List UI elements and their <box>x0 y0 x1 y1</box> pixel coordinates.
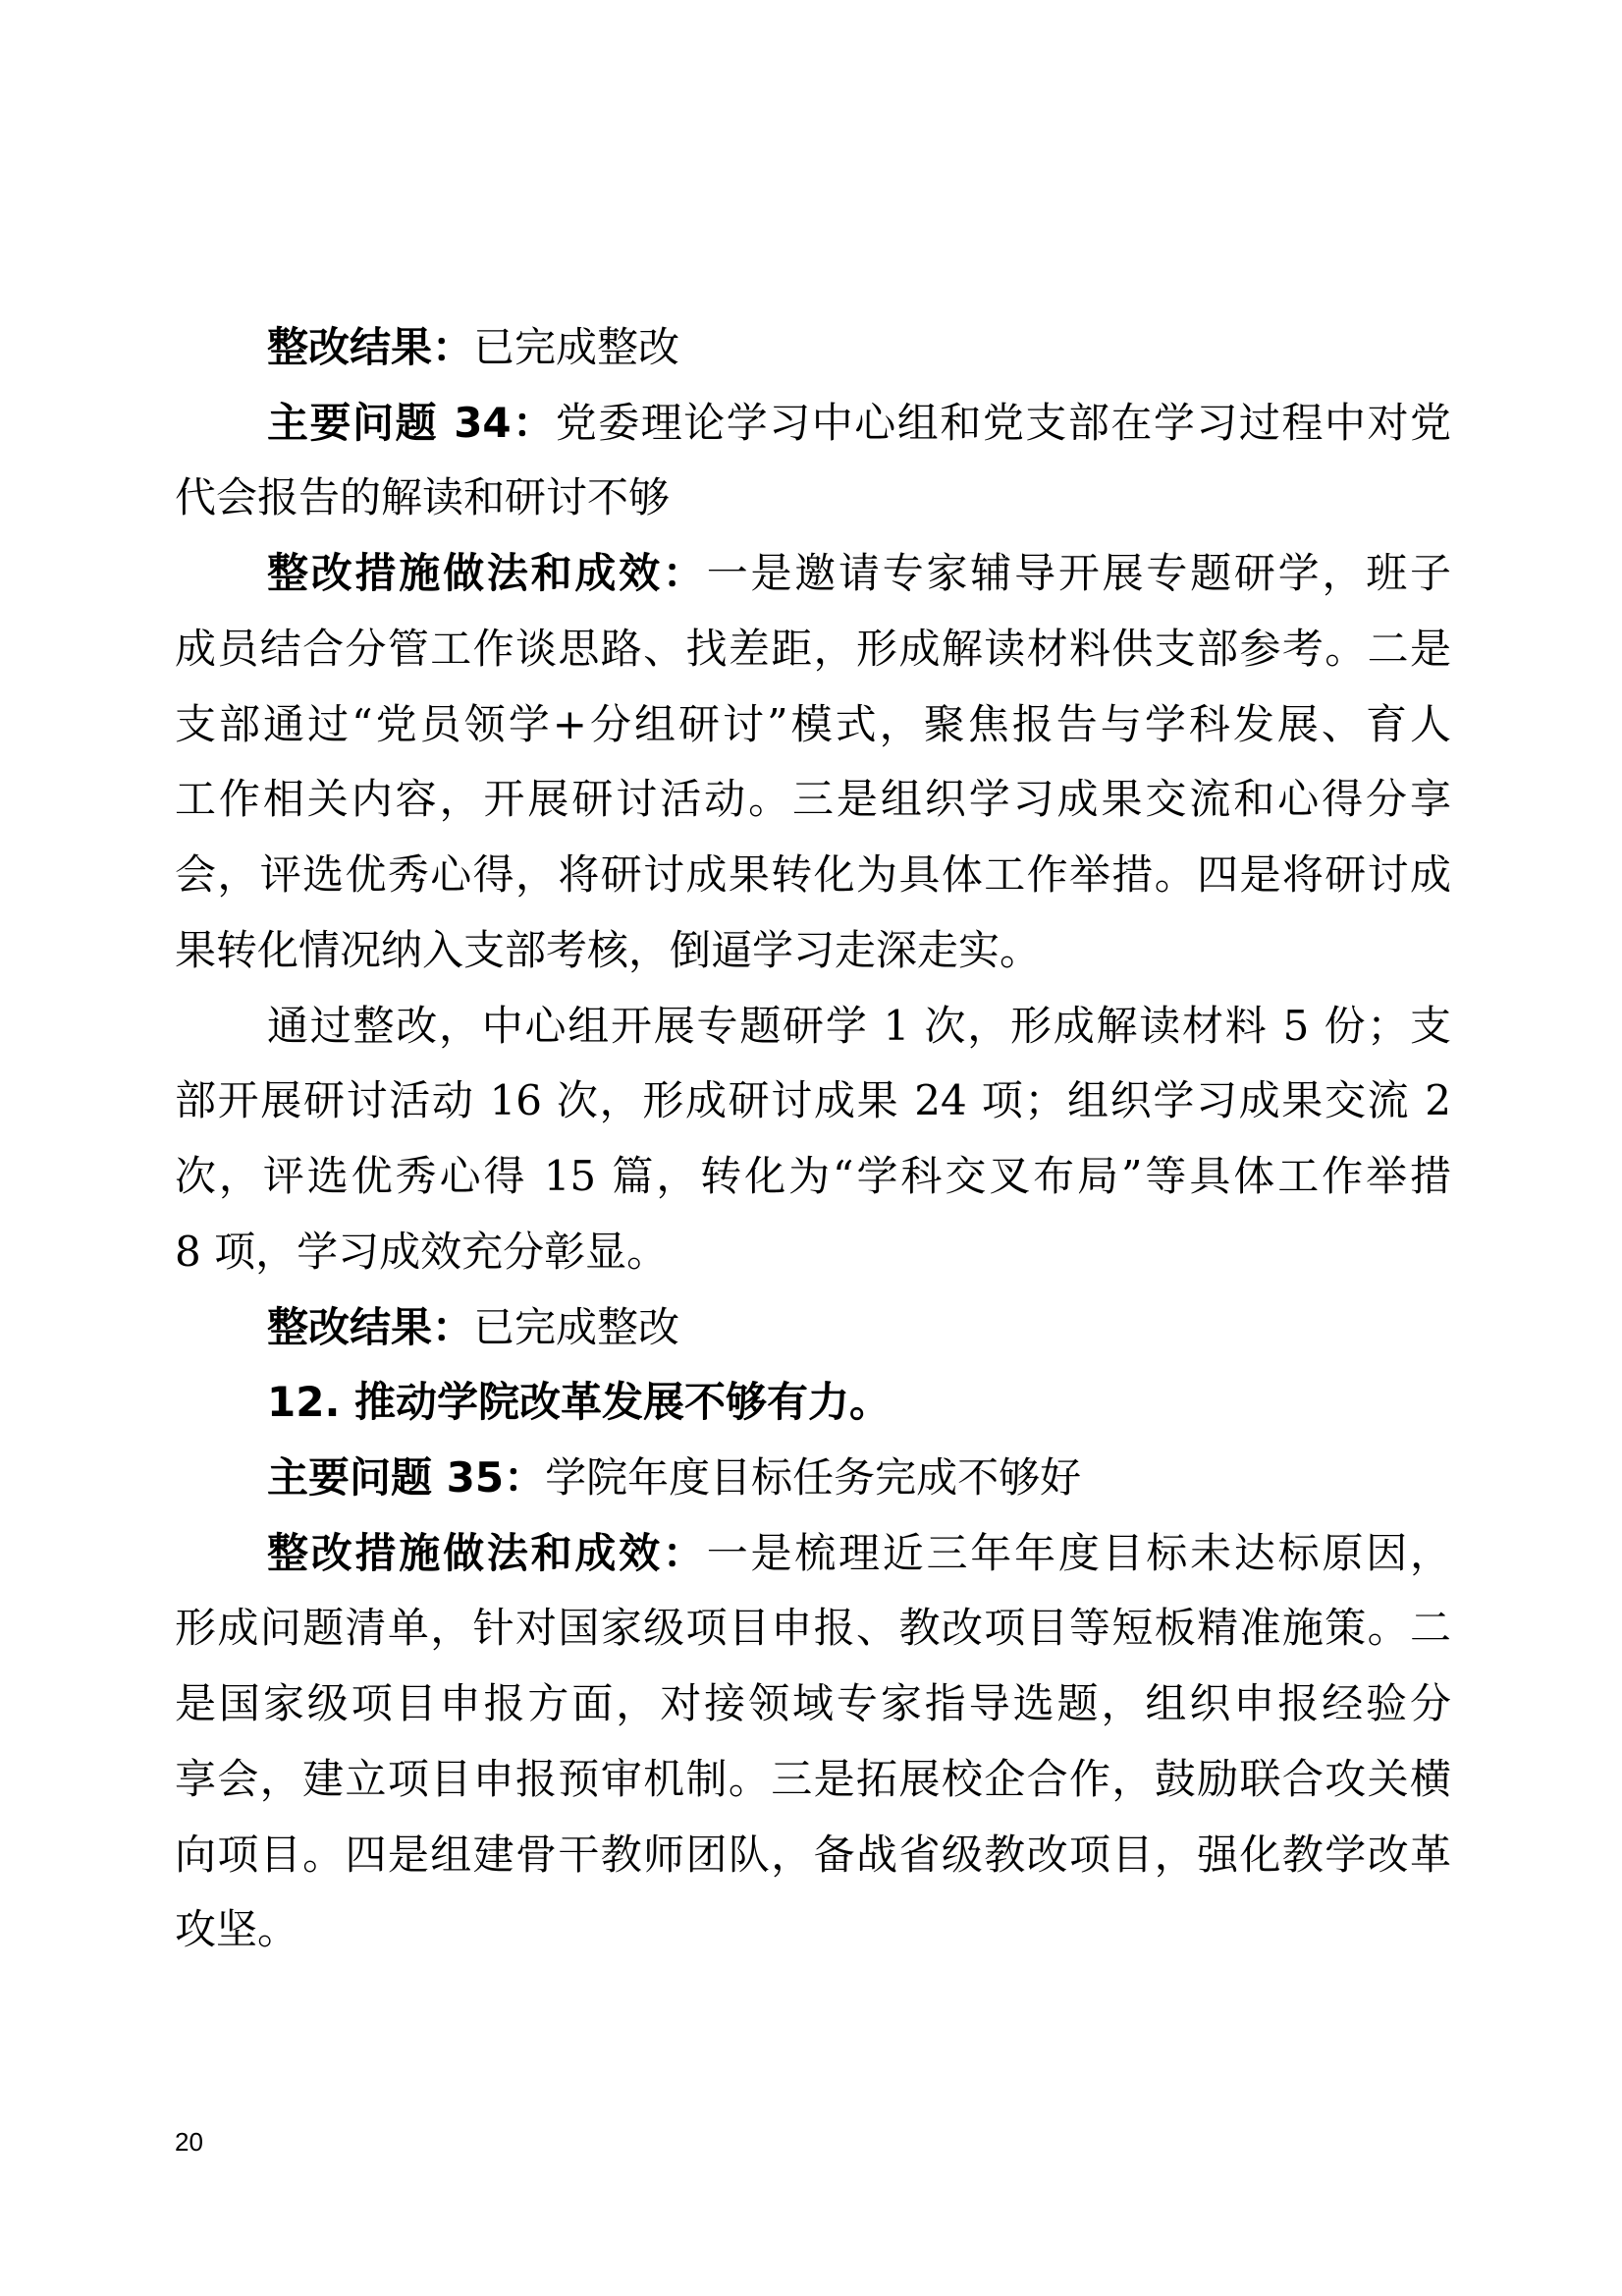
text: 一是邀请专家辅导开展专题研学，班子 <box>707 549 1451 597</box>
label: 整改措施做法和成效： <box>267 1529 707 1577</box>
text: 享会，建立项目申报预审机制。三是拓展校企合作，鼓励联合攻关横 <box>175 1755 1451 1803</box>
text: 向项目。四是组建骨干教师团队，备战省级教改项目，强化教学改革 <box>175 1831 1451 1879</box>
heading: 12. 推动学院改革发展不够有力。 <box>267 1378 891 1426</box>
rectification-result-line: 整改结果：已完成整改 <box>267 1298 1451 1357</box>
results-summary-line: 通过整改，中心组开展专题研学 1 次，形成解读材料 5 份；支 <box>267 997 1451 1056</box>
paragraph-line: 部开展研讨活动 16 次，形成研讨成果 24 项；组织学习成果交流 2 <box>175 1071 1451 1130</box>
paragraph-line: 支部通过“党员领学+分组研讨”模式，聚焦报告与学科发展、育人 <box>175 695 1451 754</box>
paragraph-line: 次，评选优秀心得 15 篇，转化为“学科交叉布局”等具体工作举措 <box>175 1147 1451 1206</box>
paragraph-line: 会，评选优秀心得，将研讨成果转化为具体工作举措。四是将研讨成 <box>175 846 1451 904</box>
text: 部开展研讨活动 16 次，形成研讨成果 24 项；组织学习成果交流 2 <box>175 1076 1451 1124</box>
measures-line: 整改措施做法和成效：一是邀请专家辅导开展专题研学，班子 <box>267 544 1451 603</box>
label: 整改措施做法和成效： <box>267 549 707 597</box>
document-page: 整改结果：已完成整改 主要问题 34：党委理论学习中心组和党支部在学习过程中对党… <box>0 0 1622 2296</box>
text: 会，评选优秀心得，将研讨成果转化为具体工作举措。四是将研讨成 <box>175 850 1451 899</box>
label: 主要问题 35： <box>267 1453 545 1502</box>
text: 是国家级项目申报方面，对接领域专家指导选题，组织申报经验分 <box>175 1679 1451 1727</box>
text: 果转化情况纳入支部考核，倒逼学习走深走实。 <box>175 926 1041 974</box>
text: 已完成整改 <box>473 323 679 371</box>
paragraph-line: 攻坚。 <box>175 1900 1451 1959</box>
paragraph-line: 向项目。四是组建骨干教师团队，备战省级教改项目，强化教学改革 <box>175 1826 1451 1885</box>
text: 攻坚。 <box>175 1905 298 1953</box>
paragraph-line: 8 项，学习成效充分彰显。 <box>175 1223 1451 1282</box>
rectification-result-line: 整改结果：已完成整改 <box>267 318 1451 377</box>
label: 整改结果： <box>267 323 473 371</box>
text: 成员结合分管工作谈思路、找差距，形成解读材料供支部参考。二是 <box>175 625 1451 673</box>
text: 一是梳理近三年年度目标未达标原因， <box>707 1529 1451 1577</box>
main-issue-34-line: 主要问题 34：党委理论学习中心组和党支部在学习过程中对党 <box>267 394 1451 453</box>
text: 形成问题清单，针对国家级项目申报、教改项目等短板精准施策。二 <box>175 1604 1451 1652</box>
text: 代会报告的解读和研讨不够 <box>175 473 670 521</box>
text: 支部通过“党员领学+分组研讨”模式，聚焦报告与学科发展、育人 <box>175 700 1451 748</box>
text: 通过整改，中心组开展专题研学 1 次，形成解读材料 5 份；支 <box>267 1002 1451 1050</box>
page-number: 20 <box>175 2127 203 2158</box>
text: 工作相关内容，开展研讨活动。三是组织学习成果交流和心得分享 <box>175 775 1451 823</box>
text: 学院年度目标任务完成不够好 <box>545 1453 1081 1502</box>
section-heading-12: 12. 推动学院改革发展不够有力。 <box>267 1373 1451 1432</box>
paragraph-line: 果转化情况纳入支部考核，倒逼学习走深走实。 <box>175 921 1451 980</box>
label: 整改结果： <box>267 1303 473 1351</box>
paragraph-line: 工作相关内容，开展研讨活动。三是组织学习成果交流和心得分享 <box>175 770 1451 829</box>
paragraph-line: 成员结合分管工作谈思路、找差距，形成解读材料供支部参考。二是 <box>175 620 1451 679</box>
text: 已完成整改 <box>473 1303 679 1351</box>
text: 次，评选优秀心得 15 篇，转化为“学科交叉布局”等具体工作举措 <box>175 1152 1451 1200</box>
text: 8 项，学习成效充分彰显。 <box>175 1228 668 1276</box>
label: 主要问题 34： <box>267 399 556 447</box>
paragraph-line: 形成问题清单，针对国家级项目申报、教改项目等短板精准施策。二 <box>175 1599 1451 1658</box>
paragraph-line: 是国家级项目申报方面，对接领域专家指导选题，组织申报经验分 <box>175 1674 1451 1733</box>
paragraph-line: 代会报告的解读和研讨不够 <box>175 468 1451 527</box>
paragraph-line: 享会，建立项目申报预审机制。三是拓展校企合作，鼓励联合攻关横 <box>175 1750 1451 1809</box>
text: 党委理论学习中心组和党支部在学习过程中对党 <box>556 399 1451 447</box>
measures-line: 整改措施做法和成效：一是梳理近三年年度目标未达标原因， <box>267 1524 1451 1583</box>
main-issue-35-line: 主要问题 35：学院年度目标任务完成不够好 <box>267 1449 1451 1507</box>
